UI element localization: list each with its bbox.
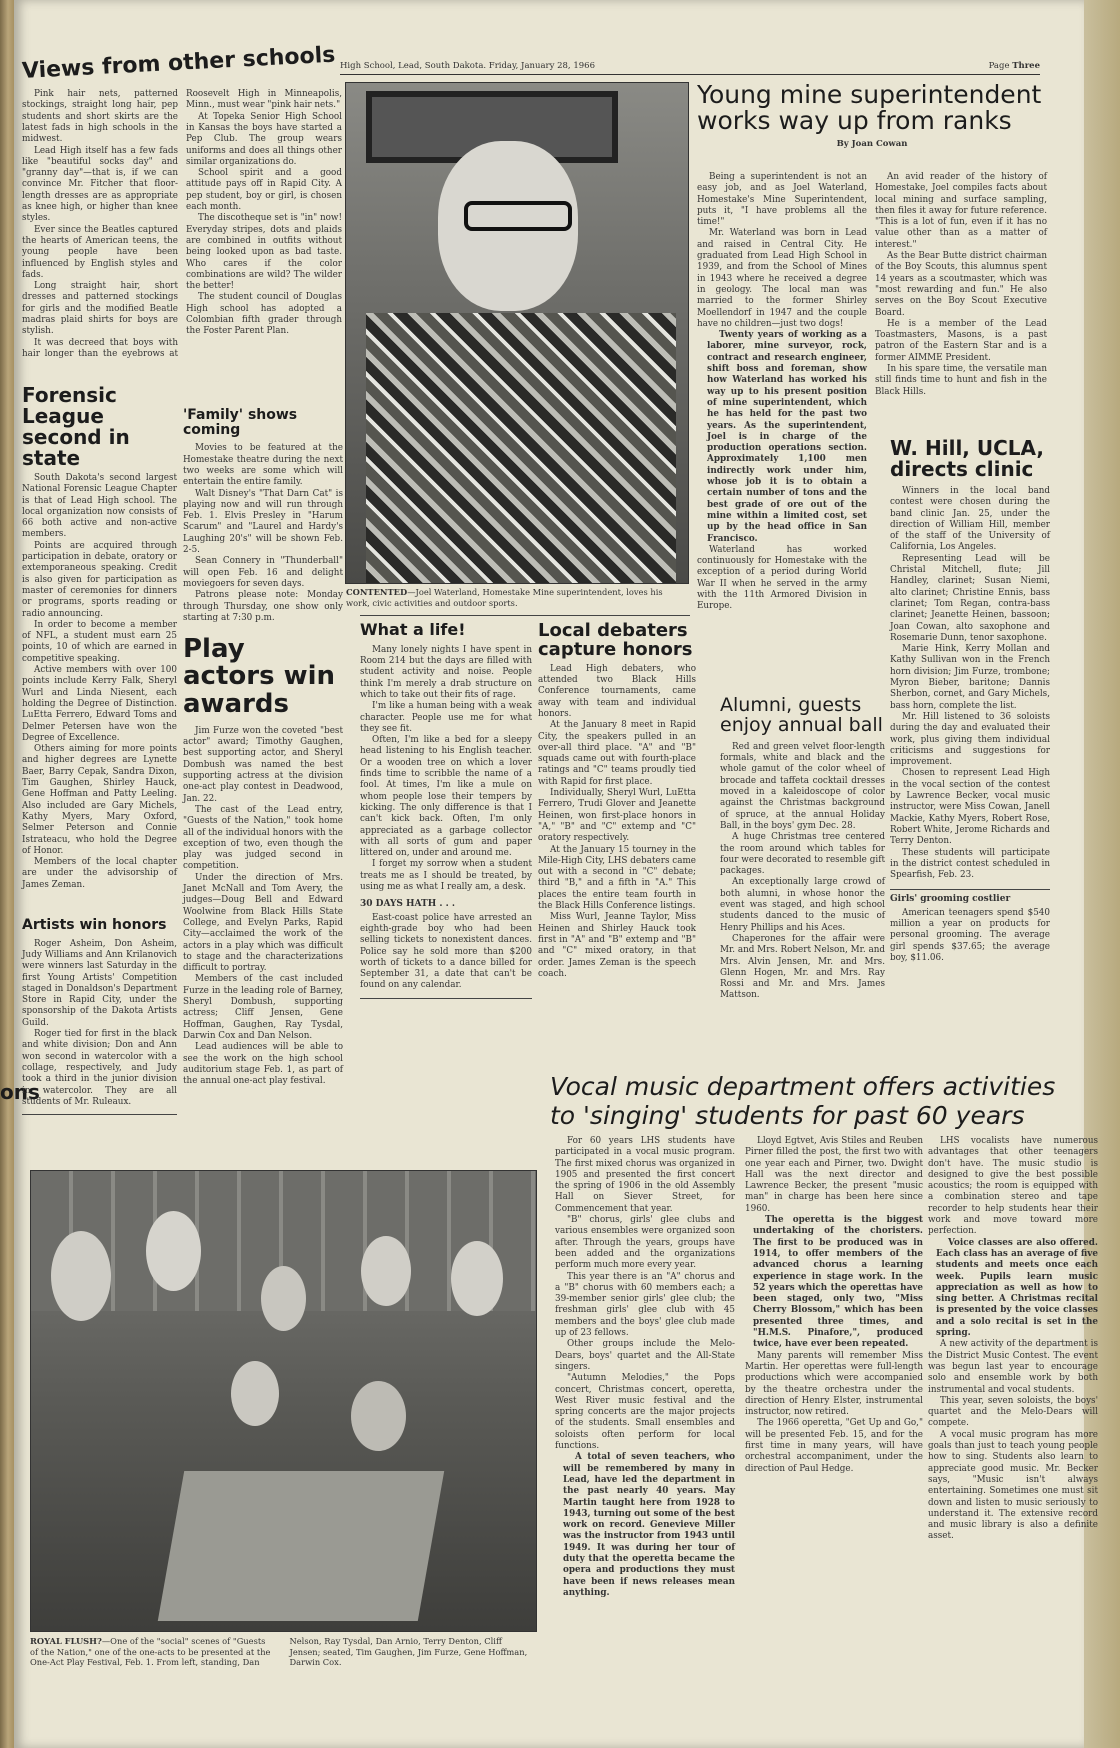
article-views: Views from other schools Pink hair nets,…	[22, 60, 342, 389]
divider	[890, 889, 1050, 890]
article-family: 'Family' shows coming Movies to be featu…	[183, 408, 343, 624]
photo-person	[361, 1236, 411, 1306]
caption-waterland: CONTENTED—Joel Waterland, Homestake Mine…	[346, 587, 686, 608]
forensic-body: South Dakota's second largest National F…	[22, 473, 177, 891]
article-play: Play actors win awards Jim Furze won the…	[183, 636, 343, 1087]
caption-royal-flush: ROYAL FLUSH?—One of the "social" scenes …	[30, 1636, 535, 1668]
masthead-dateline: High School, Lead, South Dakota. Friday,…	[340, 61, 595, 71]
article-whatalife: What a life! Many lonely nights I have s…	[360, 622, 532, 999]
photo-royal-flush	[30, 1170, 537, 1632]
artists-body: Roger Asheim, Don Asheim, Judy Williams …	[22, 939, 177, 1108]
divider	[360, 615, 690, 616]
divider	[22, 1114, 177, 1115]
vocal-body-col3: LHS vocalists have numerous advantages t…	[928, 1136, 1098, 1543]
debaters-body: Lead High debaters, who attended two Bla…	[538, 664, 696, 980]
article-vocal: Vocal music department offers activities…	[550, 1072, 1060, 1130]
alumni-body: Red and green velvet floor-length formal…	[720, 742, 885, 1002]
vocal-body-col2: Lloyd Egtvet, Avis Stiles and Reuben Pir…	[745, 1136, 923, 1475]
article-grooming: Girls' grooming costlier American teenag…	[890, 894, 1050, 964]
headline-vocal: Vocal music department offers activities…	[550, 1072, 1060, 1130]
play-body: Jim Furze won the coveted "best actor" a…	[183, 726, 343, 1088]
headline-alumni: Alumni, guests enjoy annual ball	[720, 696, 885, 736]
headline-forensic: Forensic League second in state	[22, 385, 177, 469]
whatalife-body: Many lonely nights I have spent in Room …	[360, 645, 532, 992]
article-mine: Young mine superintendent works way up f…	[697, 82, 1047, 153]
article-debaters: Local debaters capture honors Lead High …	[538, 622, 696, 980]
page-number: Page Three	[989, 61, 1040, 71]
masthead: High School, Lead, South Dakota. Friday,…	[340, 61, 1040, 75]
photo-waterland	[345, 82, 689, 584]
headline-whatalife: What a life!	[360, 622, 532, 639]
article-artists: Artists win honors Roger Asheim, Don Ash…	[22, 918, 177, 1115]
photo-person	[231, 1361, 279, 1426]
hill-body: Winners in the local band contest were c…	[890, 486, 1050, 881]
family-body: Movies to be featured at the Homestake t…	[183, 443, 343, 624]
mine-body-col2: An avid reader of the history of Homesta…	[875, 172, 1047, 398]
headline-mine: Young mine superintendent works way up f…	[697, 82, 1047, 135]
headline-debaters: Local debaters capture honors	[538, 622, 696, 660]
headline-family: 'Family' shows coming	[183, 408, 343, 437]
mine-body-col1: Being a superintendent is not an easy jo…	[697, 172, 867, 613]
subhead-30-days: 30 DAYS HATH . . .	[360, 899, 532, 910]
vocal-body-col1: For 60 years LHS students have participa…	[555, 1136, 735, 1599]
article-alumni: Alumni, guests enjoy annual ball Red and…	[720, 696, 885, 1002]
article-forensic: Forensic League second in state South Da…	[22, 385, 177, 891]
photo-table	[158, 1471, 444, 1621]
article-hill: W. Hill, UCLA, directs clinic Winners in…	[890, 438, 1050, 964]
photo-person	[146, 1211, 201, 1291]
views-body: Pink hair nets, patterned stockings, str…	[22, 89, 342, 389]
photo-person	[51, 1231, 111, 1321]
headline-artists: Artists win honors	[22, 918, 177, 933]
headline-play: Play actors win awards	[183, 636, 343, 718]
headline-grooming: Girls' grooming costlier	[890, 894, 1050, 905]
headline-hill: W. Hill, UCLA, directs clinic	[890, 438, 1050, 480]
photo-person	[451, 1241, 503, 1316]
divider	[360, 998, 532, 999]
photo-person	[261, 1266, 306, 1331]
photo-glasses	[464, 201, 572, 231]
photo-person	[351, 1381, 406, 1451]
byline: By Joan Cowan	[697, 139, 1047, 149]
photo-plaid-shirt	[366, 313, 676, 583]
